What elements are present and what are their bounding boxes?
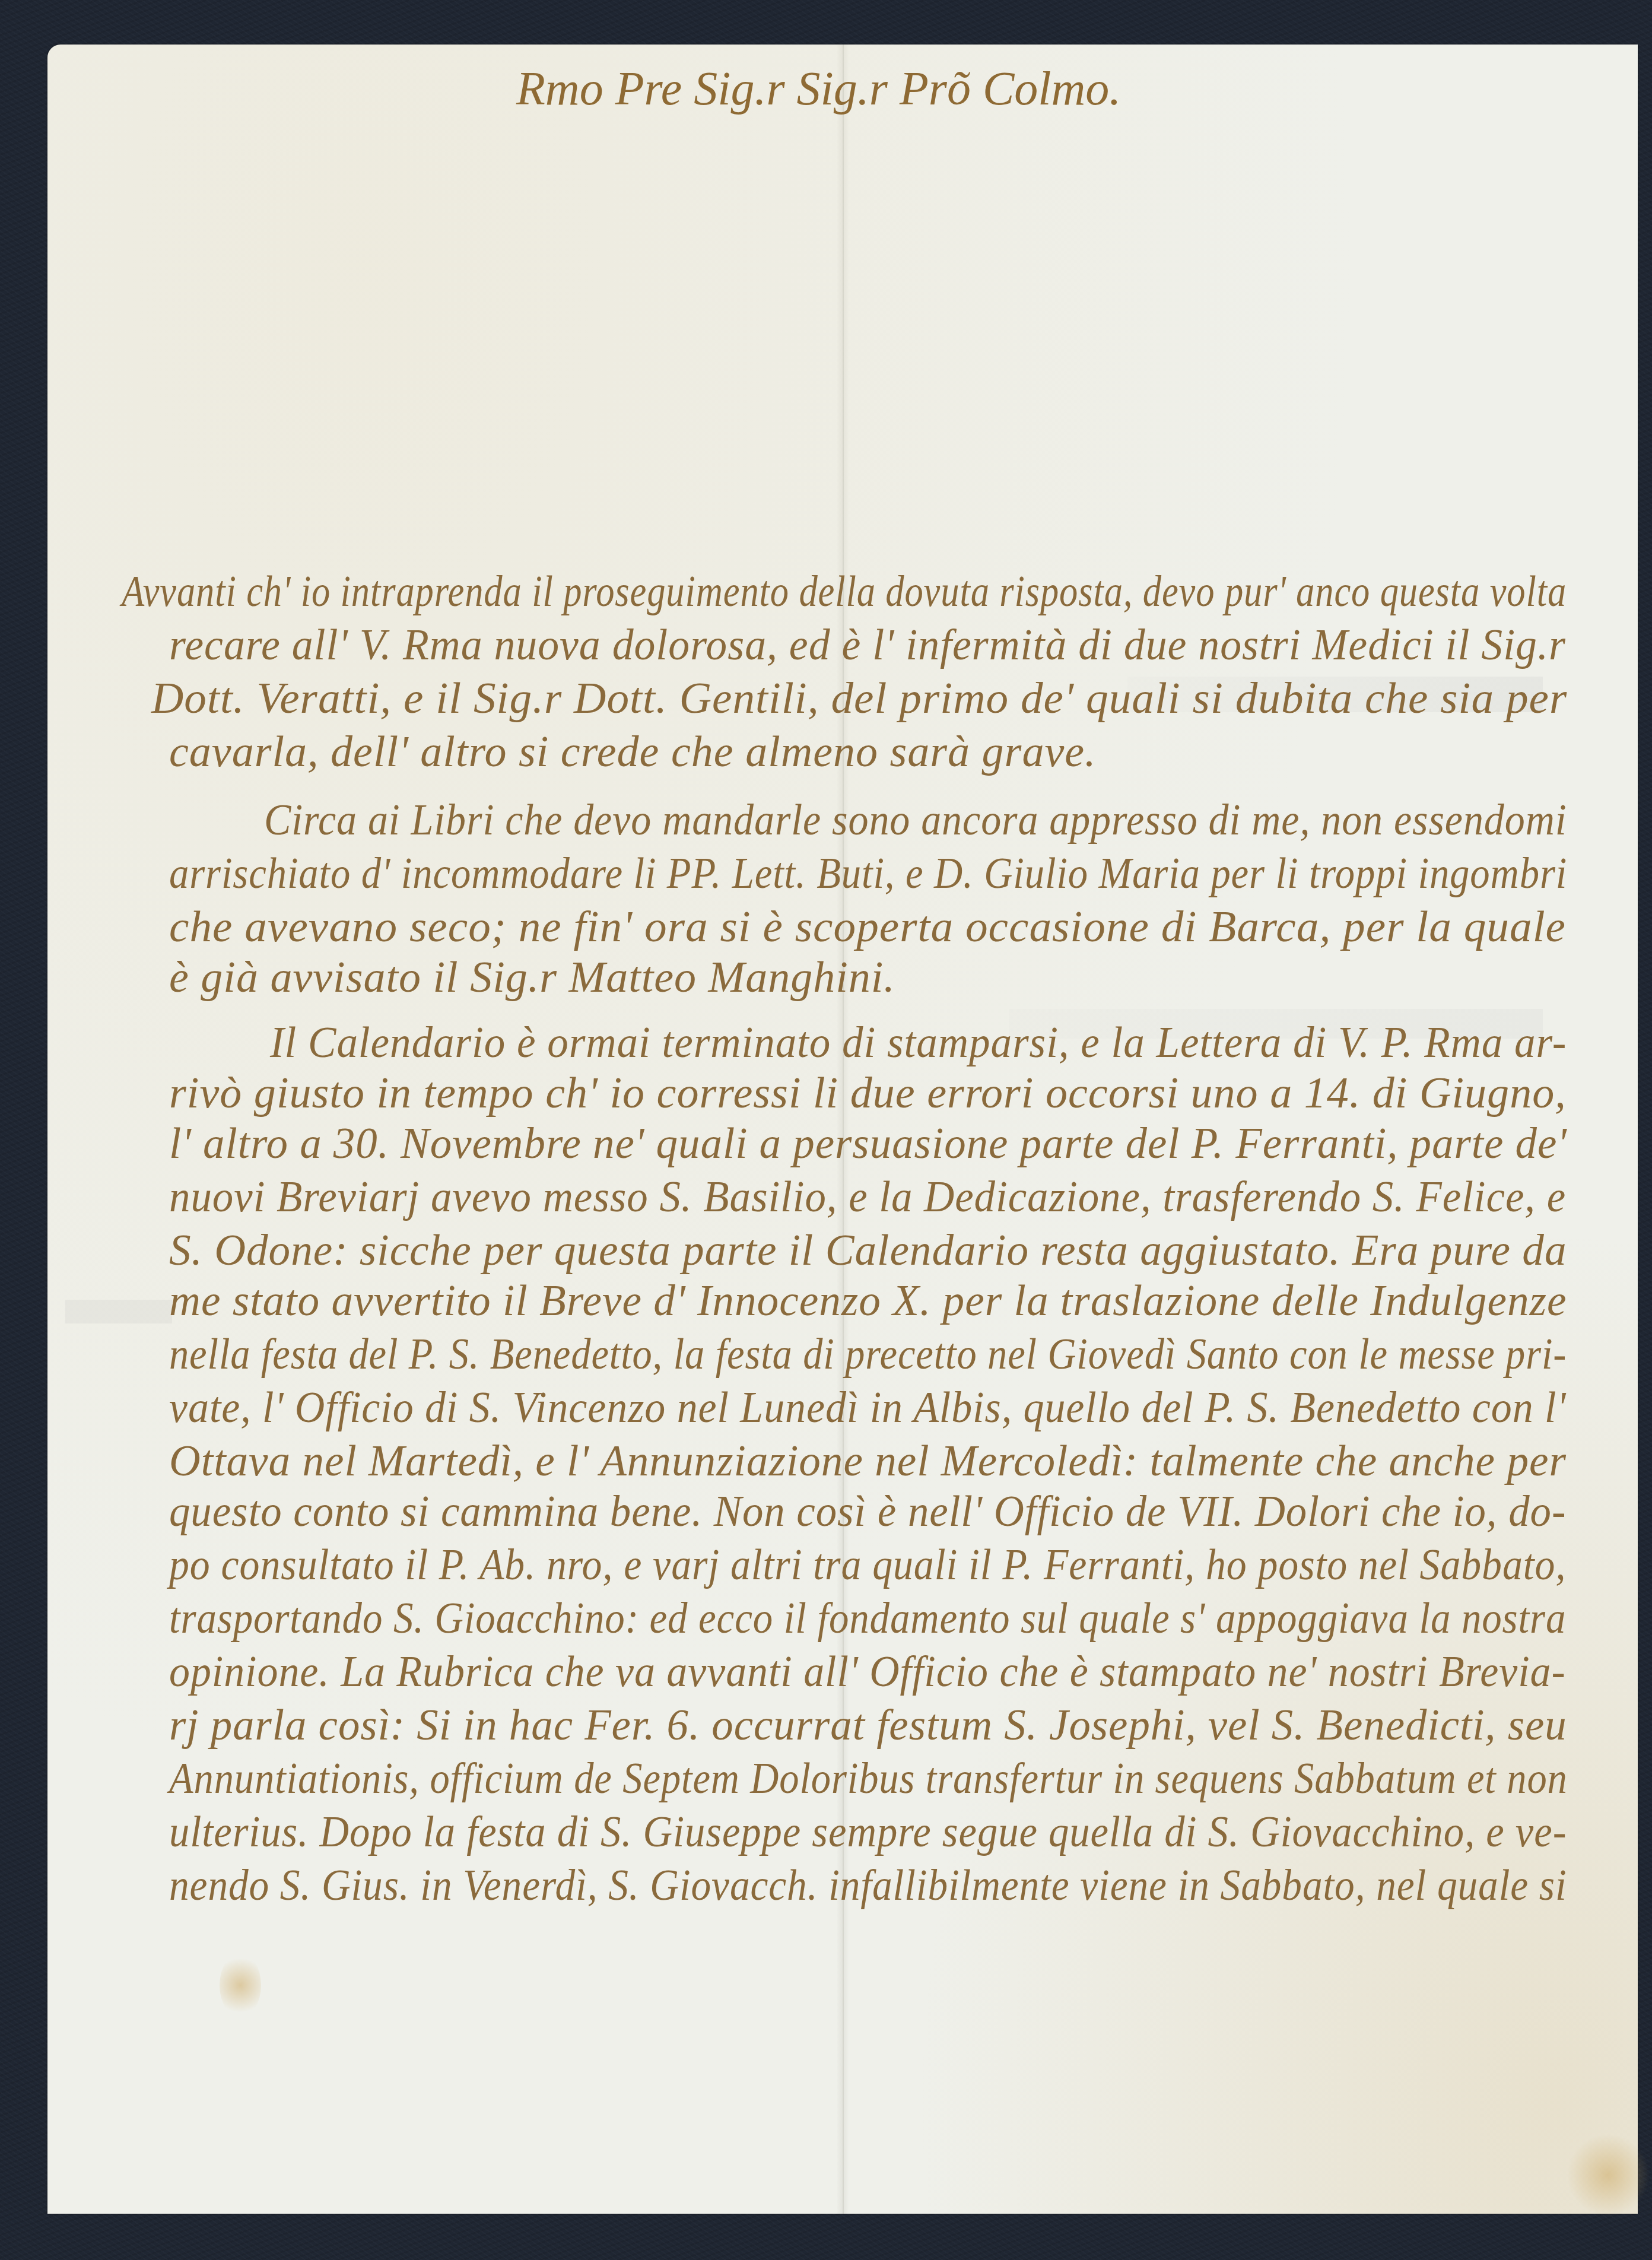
body-line: trasportando S. Gioacchino: ed ecco il f… — [169, 1594, 1566, 1644]
body-line: l' altro a 30. Novembre ne' quali a pers… — [169, 1119, 1567, 1169]
body-line: vate, l' Officio di S. Vincenzo nel Lune… — [169, 1383, 1566, 1433]
body-line: questo conto si cammina bene. Non così è… — [169, 1487, 1566, 1537]
body-line: Annuntiationis, officium de Septem Dolor… — [169, 1754, 1568, 1804]
body-line: Ottava nel Martedì, e l' Annunziazione n… — [169, 1436, 1567, 1487]
body-line: rivò giusto in tempo ch' io corressi li … — [169, 1068, 1567, 1119]
body-line: ulterius. Dopo la festa di S. Giuseppe s… — [169, 1807, 1567, 1858]
ink-stain — [220, 1953, 261, 2018]
body-line: nella festa del P. S. Benedetto, la fest… — [169, 1329, 1567, 1380]
body-line: nuovi Breviarj avevo messo S. Basilio, e… — [169, 1172, 1566, 1223]
body-line: po consultato il P. Ab. nro, e varj altr… — [169, 1540, 1566, 1591]
body-line: recare all' V. Rma nuova dolorosa, ed è … — [169, 620, 1566, 671]
corner-stain — [1567, 2134, 1650, 2217]
body-line: Circa ai Libri che devo mandarle sono an… — [264, 795, 1567, 846]
body-line: Avvanti ch' io intraprenda il proseguime… — [122, 567, 1567, 617]
body-line: nendo S. Gius. in Venerdì, S. Giovacch. … — [169, 1861, 1567, 1911]
body-line: opinione. La Rubrica che va avvanti all'… — [169, 1647, 1566, 1697]
body-line: cavarla, dell' altro si crede che almeno… — [169, 727, 1097, 777]
body-line: S. Odone: sicche per questa parte il Cal… — [169, 1226, 1567, 1276]
body-line: che avevano seco; ne fin' ora si è scope… — [169, 902, 1566, 953]
body-line: Il Calendario è ormai terminato di stamp… — [270, 1018, 1567, 1068]
body-line: rj parla così: Si in hac Fer. 6. occurra… — [169, 1700, 1567, 1751]
body-line: arrischiato d' incommodare li PP. Lett. … — [169, 849, 1567, 899]
salutation-heading: Rmo Pre Sig.r Sig.r Prõ Colmo. — [516, 62, 1121, 116]
body-line: Dott. Veratti, e il Sig.r Dott. Gentili,… — [151, 674, 1567, 724]
body-line: me stato avvertito il Breve d' Innocenzo… — [169, 1276, 1567, 1326]
body-line: è già avvisato il Sig.r Matteo Manghini. — [169, 953, 895, 1003]
bleed-through-ink — [65, 1300, 172, 1323]
